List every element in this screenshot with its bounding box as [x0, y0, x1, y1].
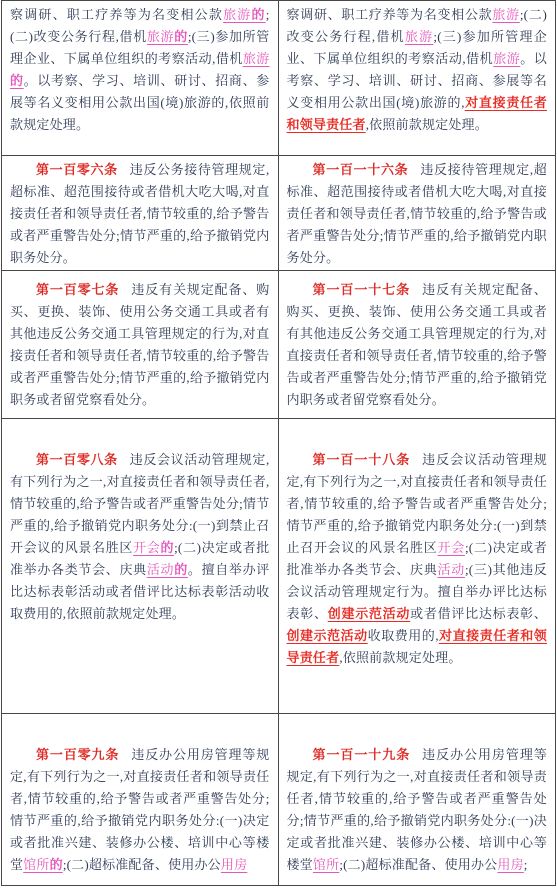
changed-text: 旅游: [223, 7, 251, 22]
changed-text: 开会: [133, 540, 160, 555]
paragraph: 察调研、职工疗养等为名变相公款旅游;(二)改变公务行程,借机旅游;(三)参加所管…: [287, 4, 548, 136]
paragraph: 第一百一十九条违反办公用房管理等规定,有下列行为之一,对直接责任者和领导责任者,…: [287, 744, 548, 876]
deleted-text: 的: [174, 562, 188, 577]
table-row: 察调研、职工疗养等为名变相公款旅游的;(二)改变公务行程,借机旅游的;(三)参加…: [2, 1, 555, 156]
cell-new-version: 第一百一十九条违反办公用房管理等规定,有下列行为之一,对直接责任者和领导责任者,…: [279, 714, 556, 885]
body-text: 违反公务接待管理规定,超标准、超范围接待或者借机大吃大喝,对直接责任者和领导责任…: [10, 162, 270, 265]
paragraph: 第一百零八条违反会议活动管理规定,有下列行为之一,对直接责任者和领导责任者,情节…: [10, 449, 270, 625]
cell-old-version: 第一百零八条违反会议活动管理规定,有下列行为之一,对直接责任者和领导责任者,情节…: [2, 419, 279, 713]
table-row: 第一百零八条违反会议活动管理规定,有下列行为之一,对直接责任者和领导责任者,情节…: [2, 419, 555, 714]
comparison-table: 察调研、职工疗养等为名变相公款旅游的;(二)改变公务行程,借机旅游的;(三)参加…: [1, 0, 556, 886]
body-text: 察调研、职工疗养等为名变相公款: [10, 7, 223, 22]
table-row: 第一百零九条违反办公用房管理等规定,有下列行为之一,对直接责任者和领导责任者,情…: [2, 714, 555, 885]
table-row: 第一百零六条违反公务接待管理规定,超标准、超范围接待或者借机大吃大喝,对直接责任…: [2, 156, 555, 271]
document-page: 察调研、职工疗养等为名变相公款旅游的;(二)改变公务行程,借机旅游的;(三)参加…: [0, 0, 557, 888]
paragraph: 第一百一十七条违反有关规定配备、购买、更换、装饰、使用公务交通工具或者有其他违反…: [287, 279, 548, 411]
article-number: 第一百零七条: [36, 282, 119, 297]
deleted-text: 的: [10, 73, 24, 88]
changed-text: 馆所: [313, 857, 339, 872]
changed-text: 活动: [438, 562, 465, 577]
added-text: 创建示范活动: [287, 628, 368, 643]
body-text: ,依照前款规定处理。: [339, 650, 461, 665]
changed-text: 旅游: [493, 51, 520, 66]
changed-text: 旅游: [492, 7, 519, 22]
body-text: ;(二)超标准配备、使用办公: [63, 857, 221, 872]
cell-new-version: 第一百一十七条违反有关规定配备、购买、更换、装饰、使用公务交通工具或者有其他违反…: [279, 271, 556, 418]
paragraph: 第一百一十六条违反接待管理规定,超标准、超范围接待或者借机大吃大喝,对直接责任者…: [287, 159, 548, 269]
cell-old-version: 第一百零六条违反公务接待管理规定,超标准、超范围接待或者借机大吃大喝,对直接责任…: [2, 156, 279, 270]
paragraph: 第一百零六条违反公务接待管理规定,超标准、超范围接待或者借机大吃大喝,对直接责任…: [10, 159, 270, 269]
cell-new-version: 第一百一十六条违反接待管理规定,超标准、超范围接待或者借机大吃大喝,对直接责任者…: [279, 156, 556, 270]
paragraph: 察调研、职工疗养等为名变相公款旅游的;(二)改变公务行程,借机旅游的;(三)参加…: [10, 4, 270, 136]
body-text: 违反办公用房管理等规定,有下列行为之一,对直接责任者和领导责任者,情节较重的,给…: [287, 747, 548, 872]
article-number: 第一百零六条: [36, 162, 118, 177]
cell-old-version: 第一百零九条违反办公用房管理等规定,有下列行为之一,对直接责任者和领导责任者,情…: [2, 714, 279, 885]
body-text: ;(二)超标准配备、使用办公: [339, 857, 497, 872]
changed-text: 旅游: [243, 51, 270, 66]
paragraph: 第一百零九条违反办公用房管理等规定,有下列行为之一,对直接责任者和领导责任者,情…: [10, 744, 270, 876]
body-text: 或者借评比达标表彰、: [410, 606, 547, 621]
body-text: 。以考察、学习、培训、研讨、招商、参展等名义变相用公款出国(境)旅游的,依照前款…: [10, 73, 270, 132]
changed-text: 旅游: [147, 29, 174, 44]
article-number: 第一百零八条: [36, 452, 118, 467]
cell-old-version: 察调研、职工疗养等为名变相公款旅游的;(二)改变公务行程,借机旅游的;(三)参加…: [2, 1, 279, 155]
cell-old-version: 第一百零七条违反有关规定配备、购买、更换、装饰、使用公务交通工具或者有其他违反公…: [2, 271, 279, 418]
cell-new-version: 第一百一十八条违反会议活动管理规定,有下列行为之一,对直接责任者和领导责任者,情…: [279, 419, 556, 713]
article-number: 第一百一十七条: [313, 282, 411, 297]
article-number: 第一百一十八条: [313, 452, 411, 467]
body-text: ;: [524, 857, 528, 872]
deleted-text: 的: [160, 540, 174, 555]
body-text: ,依照前款规定处理。: [366, 117, 488, 132]
changed-text: 馆所: [23, 857, 49, 872]
added-text: 创建示范活动: [328, 606, 410, 621]
changed-text: 用房: [497, 857, 523, 872]
body-text: 违反有关规定配备、购买、更换、装饰、使用公务交通工具或者有其他违反公务交通工具管…: [10, 282, 270, 407]
article-number: 第一百零九条: [36, 747, 119, 762]
body-text: 违反接待管理规定,超标准、超范围接待或者借机大吃大喝,对直接责任者和领导责任者,…: [287, 162, 548, 265]
paragraph: 第一百零七条违反有关规定配备、购买、更换、装饰、使用公务交通工具或者有其他违反公…: [10, 279, 270, 411]
body-text: 收取费用的,: [368, 628, 439, 643]
table-row: 第一百零七条违反有关规定配备、购买、更换、装饰、使用公务交通工具或者有其他违反公…: [2, 271, 555, 419]
deleted-text: 的: [174, 29, 188, 44]
changed-text: 开会: [438, 540, 465, 555]
changed-text: 活动: [147, 562, 174, 577]
article-number: 第一百一十六条: [313, 162, 409, 177]
paragraph: 第一百一十八条违反会议活动管理规定,有下列行为之一,对直接责任者和领导责任者,情…: [287, 449, 548, 669]
body-text: 违反有关规定配备、购买、更换、装饰、使用公务交通工具或者有其他违反公务交通工具管…: [287, 282, 548, 407]
changed-text: 用房: [221, 857, 247, 872]
body-text: 察调研、职工疗养等为名变相公款: [287, 7, 493, 22]
article-number: 第一百一十九条: [313, 747, 411, 762]
cell-new-version: 察调研、职工疗养等为名变相公款旅游;(二)改变公务行程,借机旅游;(三)参加所管…: [279, 1, 556, 155]
deleted-text: 的: [251, 7, 265, 22]
body-text: 违反办公用房管理等规定,有下列行为之一,对直接责任者和领导责任者,情节较重的,给…: [10, 747, 270, 872]
changed-text: 旅游: [405, 29, 433, 44]
deleted-text: 的: [50, 857, 63, 872]
